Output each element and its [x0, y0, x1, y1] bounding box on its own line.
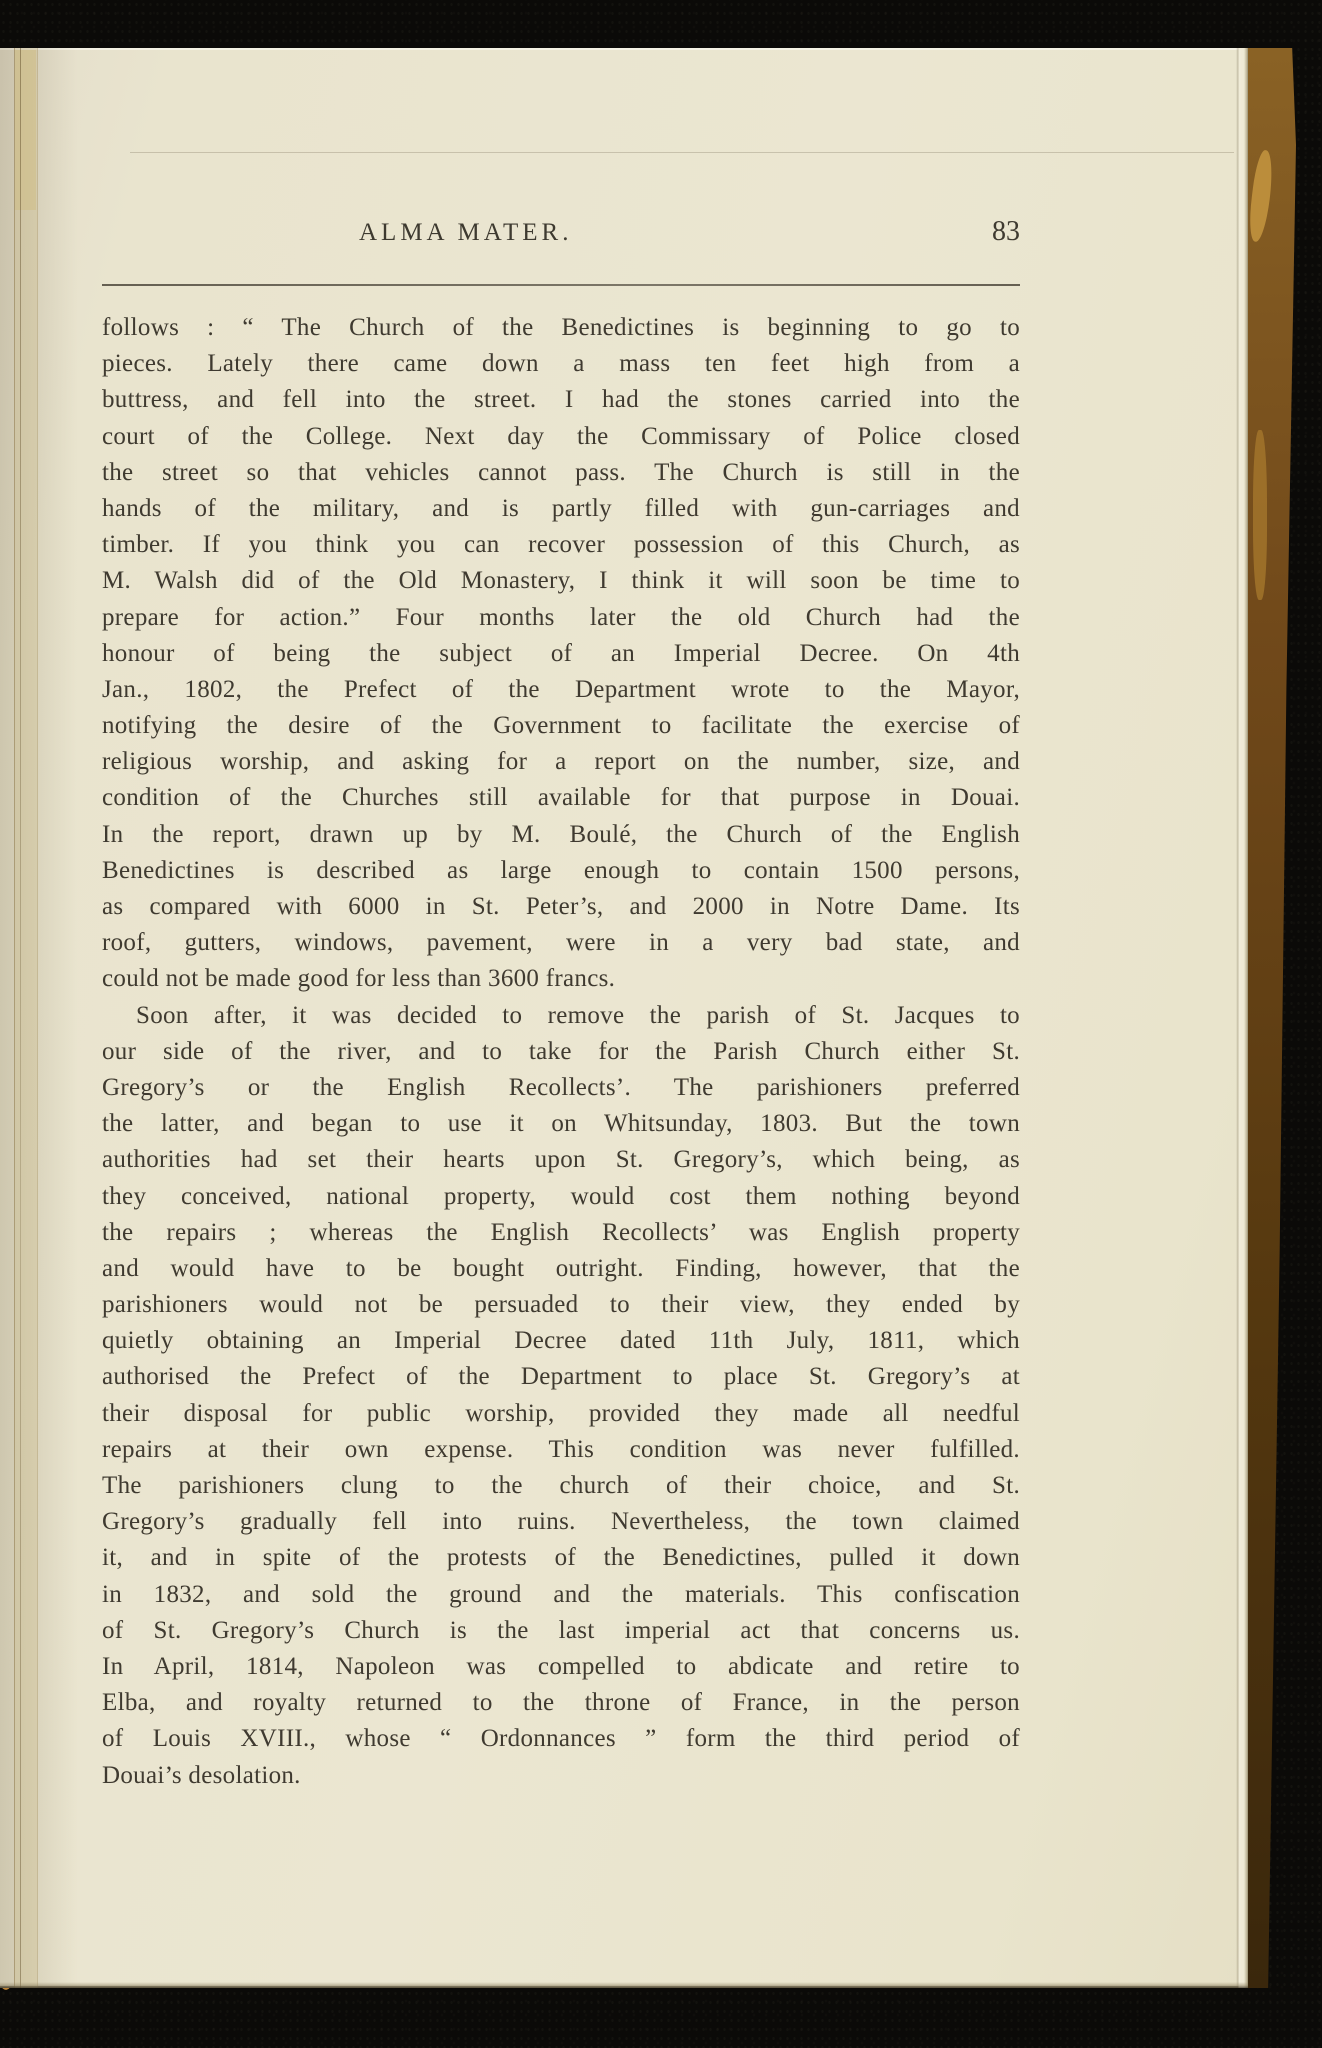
- text-line: pieces. Lately there came down a mass te…: [102, 346, 1020, 382]
- text-line: In the report, drawn up by M. Boulé, the…: [102, 817, 1020, 853]
- text-line: and would have to be bought outright. Fi…: [102, 1251, 1020, 1287]
- text-line: honour of being the subject of an Imperi…: [102, 636, 1020, 672]
- text-line: could not be made good for less than 360…: [102, 961, 1020, 997]
- paragraph: follows : “ The Church of the Benedictin…: [102, 310, 1020, 998]
- text-line: Gregory’s or the English Recollects’. Th…: [102, 1070, 1020, 1106]
- text-line: Jan., 1802, the Prefect of the Departmen…: [102, 672, 1020, 708]
- page-bottom-edge: [0, 1982, 1248, 1988]
- text-line: Benedictines is described as large enoug…: [102, 853, 1020, 889]
- book-fore-edge: [1248, 48, 1296, 1988]
- text-line: The parishioners clung to the church of …: [102, 1468, 1020, 1504]
- text-line: our side of the river, and to take for t…: [102, 1034, 1020, 1070]
- text-line: hands of the military, and is partly fil…: [102, 491, 1020, 527]
- text-line: as compared with 6000 in St. Peter’s, an…: [102, 889, 1020, 925]
- book-page: ALMA MATER. 83 follows : “ The Church of…: [0, 48, 1248, 1988]
- text-line: Elba, and royalty returned to the throne…: [102, 1685, 1020, 1721]
- text-line: roof, gutters, windows, pavement, were i…: [102, 925, 1020, 961]
- text-line: buttress, and fell into the street. I ha…: [102, 382, 1020, 418]
- text-line: quietly obtaining an Imperial Decree dat…: [102, 1323, 1020, 1359]
- page-gutter-shadow: [0, 48, 78, 1988]
- text-line: the repairs ; whereas the English Recoll…: [102, 1215, 1020, 1251]
- text-line: their disposal for public worship, provi…: [102, 1396, 1020, 1432]
- text-line: religious worship, and asking for a repo…: [102, 744, 1020, 780]
- text-line: prepare for action.” Four months later t…: [102, 600, 1020, 636]
- text-line: the street so that vehicles cannot pass.…: [102, 455, 1020, 491]
- running-head: ALMA MATER.: [359, 220, 572, 245]
- text-line: Soon after, it was decided to remove the…: [102, 998, 1020, 1034]
- header-rule: [102, 284, 1020, 286]
- torn-paper-patch: [1253, 430, 1267, 600]
- body-text: follows : “ The Church of the Benedictin…: [102, 310, 1020, 1794]
- text-line: M. Walsh did of the Old Monastery, I thi…: [102, 563, 1020, 599]
- text-line: court of the College. Next day the Commi…: [102, 419, 1020, 455]
- text-line: condition of the Churches still availabl…: [102, 780, 1020, 816]
- text-line: repairs at their own expense. This condi…: [102, 1432, 1020, 1468]
- binding-crease: [20, 48, 21, 1988]
- paragraph: Soon after, it was decided to remove the…: [102, 998, 1020, 1794]
- text-line: parishioners would not be persuaded to t…: [102, 1287, 1020, 1323]
- text-line: the latter, and began to use it on Whits…: [102, 1106, 1020, 1142]
- text-line: of Louis XVIII., whose “ Ordonnances ” f…: [102, 1721, 1020, 1757]
- text-line: Douai’s desolation.: [102, 1758, 1020, 1794]
- text-line: timber. If you think you can recover pos…: [102, 527, 1020, 563]
- page-gutter-strip: [14, 48, 38, 1988]
- text-line: in 1832, and sold the ground and the mat…: [102, 1577, 1020, 1613]
- text-line: of St. Gregory’s Church is the last impe…: [102, 1613, 1020, 1649]
- text-line: authorities had set their hearts upon St…: [102, 1142, 1020, 1178]
- scan-artifact-line: [130, 152, 1234, 153]
- text-line: it, and in spite of the protests of the …: [102, 1540, 1020, 1576]
- page-edge-stack: [1236, 48, 1248, 1988]
- text-line: Gregory’s gradually fell into ruins. Nev…: [102, 1504, 1020, 1540]
- text-line: authorised the Prefect of the Department…: [102, 1359, 1020, 1395]
- text-line: follows : “ The Church of the Benedictin…: [102, 310, 1020, 346]
- text-line: they conceived, national property, would…: [102, 1179, 1020, 1215]
- photo-background: ALMA MATER. 83 follows : “ The Church of…: [0, 0, 1322, 2048]
- page-number: 83: [992, 218, 1020, 246]
- text-line: In April, 1814, Napoleon was compelled t…: [102, 1649, 1020, 1685]
- text-line: notifying the desire of the Government t…: [102, 708, 1020, 744]
- page-gutter-strip: [15, 50, 36, 210]
